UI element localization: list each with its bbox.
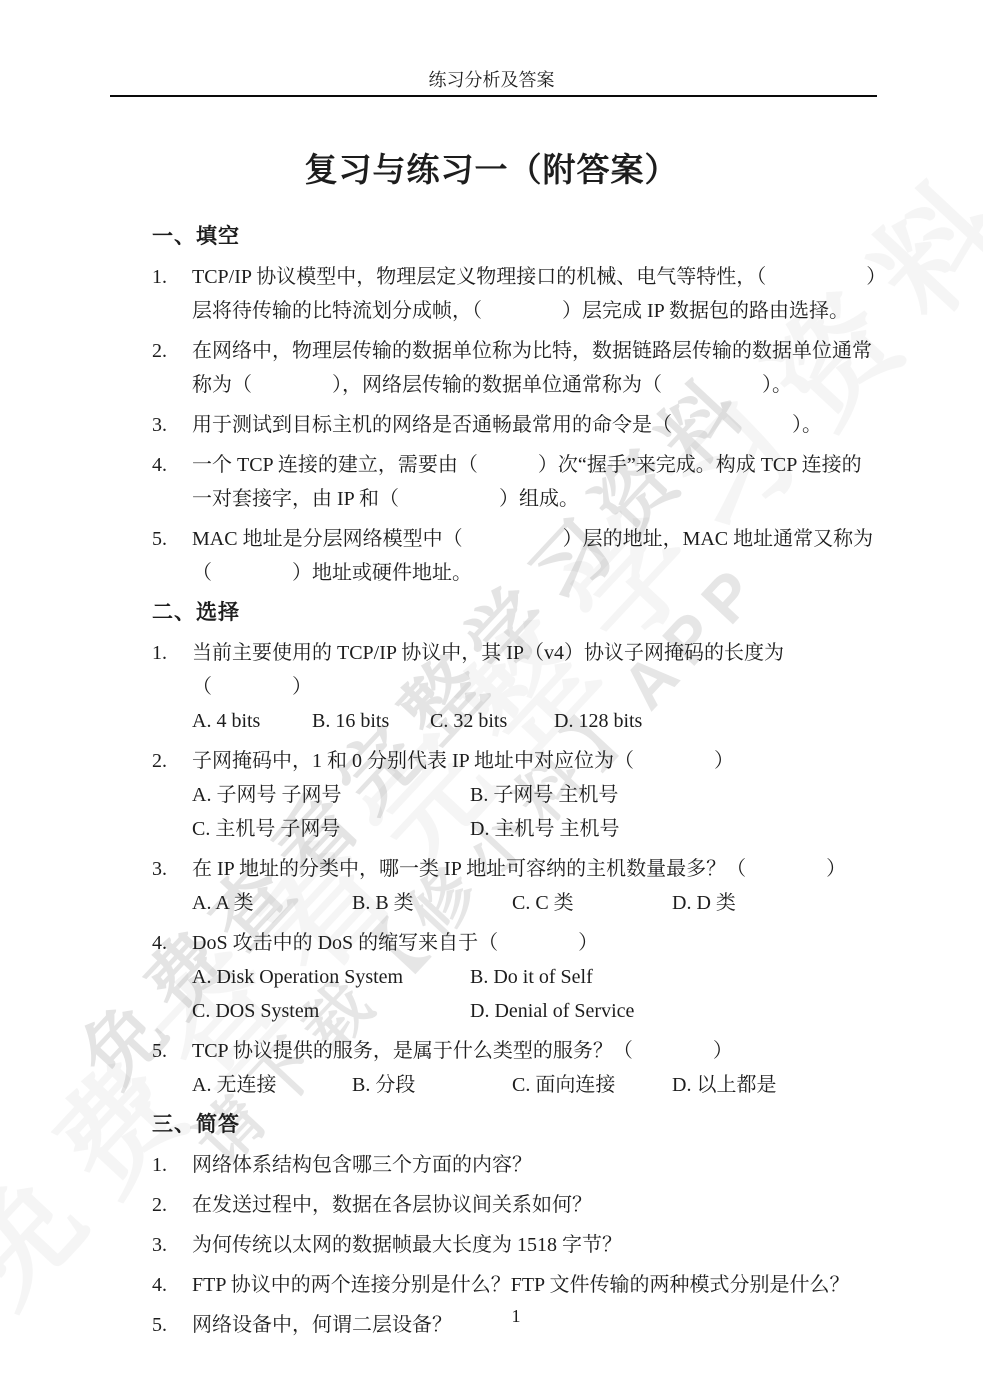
options-row: A. 子网号 子网号 B. 子网号 主机号 (192, 778, 880, 812)
option-b: B. 16 bits (312, 704, 430, 738)
item-number: 1. (152, 260, 192, 328)
question-text: FTP 协议中的两个连接分别是什么？FTP 文件传输的两种模式分别是什么？ (192, 1268, 880, 1302)
options-row: A. Disk Operation System B. Do it of Sel… (192, 960, 880, 994)
option-d: D. 以上都是 (672, 1068, 776, 1102)
section-heading: 二、选择 (152, 596, 880, 630)
item-number: 4. (152, 448, 192, 516)
question-text: MAC 地址是分层网络模型中（ ）层的地址，MAC 地址通常又称为（ ）地址或硬… (192, 522, 880, 590)
option-d: D. 128 bits (554, 704, 642, 738)
item-number: 3. (152, 1228, 192, 1262)
item-number: 1. (152, 1148, 192, 1182)
item-number: 2. (152, 1188, 192, 1222)
option-b: B. 分段 (352, 1068, 512, 1102)
section-heading: 一、填空 (152, 220, 880, 254)
question-text: 一个 TCP 连接的建立，需要由（ ）次“握手”来完成。构成 TCP 连接的一对… (192, 448, 880, 516)
item-number: 3. (152, 408, 192, 442)
option-b: B. B 类 (352, 886, 512, 920)
question-item: 4. FTP 协议中的两个连接分别是什么？FTP 文件传输的两种模式分别是什么？ (152, 1268, 880, 1302)
option-c: C. 32 bits (430, 704, 554, 738)
option-a: A. A 类 (192, 886, 352, 920)
question-text: 当前主要使用的 TCP/IP 协议中，其 IP（v4）协议子网掩码的长度为（ ） (192, 636, 880, 704)
document-content: 一、填空 1. TCP/IP 协议模型中，物理层定义物理接口的机械、电气等特性，… (152, 220, 880, 1348)
document-page: 免费查看完整学习资料 免费查看完整学习资料 请下载【修小料】APP 练习分析及答… (0, 0, 983, 1382)
item-number: 4. (152, 926, 192, 1028)
question-text: DoS 攻击中的 DoS 的缩写来自于（ ） (192, 926, 880, 960)
option-c: C. DOS System (192, 994, 470, 1028)
option-b: B. Do it of Self (470, 960, 593, 994)
question-item: 5. TCP 协议提供的服务，是属于什么类型的服务？（ ） A. 无连接 B. … (152, 1034, 880, 1102)
question-text: 用于测试到目标主机的网络是否通畅最常用的命令是（ ）。 (192, 408, 880, 442)
option-c: C. C 类 (512, 886, 672, 920)
page-title: 复习与练习一（附答案） (0, 144, 983, 191)
section-fill-blank: 一、填空 1. TCP/IP 协议模型中，物理层定义物理接口的机械、电气等特性，… (152, 220, 880, 590)
option-c: C. 面向连接 (512, 1068, 672, 1102)
item-number: 2. (152, 744, 192, 846)
question-item: 2. 在发送过程中，数据在各层协议间关系如何？ (152, 1188, 880, 1222)
option-c: C. 主机号 子网号 (192, 812, 470, 846)
option-d: D. Denial of Service (470, 994, 634, 1028)
page-header-text: 练习分析及答案 (0, 68, 983, 92)
question-text: TCP/IP 协议模型中，物理层定义物理接口的机械、电气等特性，（ ）层将待传输… (192, 260, 880, 328)
header-divider (110, 95, 877, 97)
option-b: B. 子网号 主机号 (470, 778, 618, 812)
option-a: A. Disk Operation System (192, 960, 470, 994)
options-row: A. 无连接 B. 分段 C. 面向连接 D. 以上都是 (192, 1068, 880, 1102)
options-row: C. DOS System D. Denial of Service (192, 994, 880, 1028)
question-text: TCP 协议提供的服务，是属于什么类型的服务？（ ） (192, 1034, 880, 1068)
option-d: D. 主机号 主机号 (470, 812, 619, 846)
question-text: 在 IP 地址的分类中，哪一类 IP 地址可容纳的主机数量最多？（ ） (192, 852, 880, 886)
question-item: 3. 用于测试到目标主机的网络是否通畅最常用的命令是（ ）。 (152, 408, 880, 442)
item-number: 5. (152, 1034, 192, 1102)
question-text: 为何传统以太网的数据帧最大长度为 1518 字节？ (192, 1228, 880, 1262)
option-a: A. 子网号 子网号 (192, 778, 470, 812)
question-item: 1. TCP/IP 协议模型中，物理层定义物理接口的机械、电气等特性，（ ）层将… (152, 260, 880, 328)
question-text: 在网络中，物理层传输的数据单位称为比特，数据链路层传输的数据单位通常称为（ ），… (192, 334, 880, 402)
option-a: A. 无连接 (192, 1068, 352, 1102)
option-d: D. D 类 (672, 886, 736, 920)
options-row: A. 4 bits B. 16 bits C. 32 bits D. 128 b… (192, 704, 880, 738)
options-row: A. A 类 B. B 类 C. C 类 D. D 类 (192, 886, 880, 920)
item-number: 3. (152, 852, 192, 920)
question-item: 3. 在 IP 地址的分类中，哪一类 IP 地址可容纳的主机数量最多？（ ） A… (152, 852, 880, 920)
question-item: 1. 网络体系结构包含哪三个方面的内容？ (152, 1148, 880, 1182)
question-item: 1. 当前主要使用的 TCP/IP 协议中，其 IP（v4）协议子网掩码的长度为… (152, 636, 880, 738)
question-item: 4. DoS 攻击中的 DoS 的缩写来自于（ ） A. Disk Operat… (152, 926, 880, 1028)
question-item: 3. 为何传统以太网的数据帧最大长度为 1518 字节？ (152, 1228, 880, 1262)
question-text: 在发送过程中，数据在各层协议间关系如何？ (192, 1188, 880, 1222)
item-number: 5. (152, 522, 192, 590)
item-number: 4. (152, 1268, 192, 1302)
option-a: A. 4 bits (192, 704, 312, 738)
item-number: 2. (152, 334, 192, 402)
question-text: 子网掩码中，1 和 0 分别代表 IP 地址中对应位为（ ） (192, 744, 880, 778)
section-heading: 三、简答 (152, 1108, 880, 1142)
options-row: C. 主机号 子网号 D. 主机号 主机号 (192, 812, 880, 846)
question-item: 2. 子网掩码中，1 和 0 分别代表 IP 地址中对应位为（ ） A. 子网号… (152, 744, 880, 846)
question-item: 2. 在网络中，物理层传输的数据单位称为比特，数据链路层传输的数据单位通常称为（… (152, 334, 880, 402)
question-text: 网络体系结构包含哪三个方面的内容？ (192, 1148, 880, 1182)
item-number: 1. (152, 636, 192, 738)
question-item: 4. 一个 TCP 连接的建立，需要由（ ）次“握手”来完成。构成 TCP 连接… (152, 448, 880, 516)
section-multiple-choice: 二、选择 1. 当前主要使用的 TCP/IP 协议中，其 IP（v4）协议子网掩… (152, 596, 880, 1102)
question-item: 5. MAC 地址是分层网络模型中（ ）层的地址，MAC 地址通常又称为（ ）地… (152, 522, 880, 590)
page-number: 1 (152, 1306, 880, 1327)
